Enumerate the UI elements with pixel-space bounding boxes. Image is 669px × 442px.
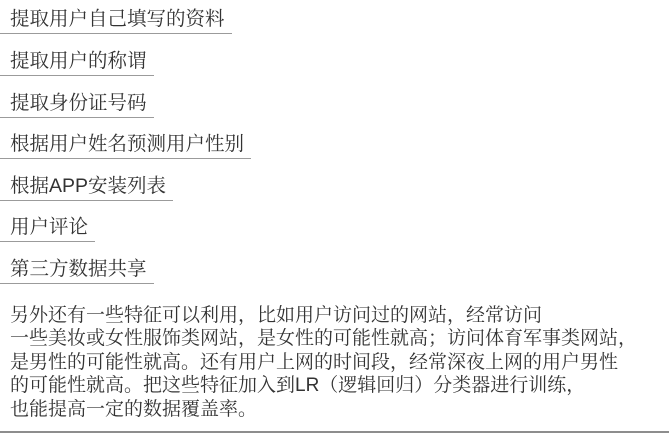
bottom-divider xyxy=(0,431,669,433)
paragraph-line: 一些美妆或女性服饰类网站，是女性的可能性就高；访问体育军事类网站， xyxy=(10,327,637,350)
paragraph-line: 另外还有一些特征可以利用，比如用户访问过的网站，经常访问 xyxy=(10,304,637,327)
list-item: 根据APP安装列表 xyxy=(0,175,173,201)
list-item-label: 根据APP安装列表 xyxy=(10,175,166,197)
body-paragraph: 另外还有一些特征可以利用，比如用户访问过的网站，经常访问 一些美妆或女性服饰类网… xyxy=(10,304,637,421)
list-item: 根据用户姓名预测用户性别 xyxy=(0,133,251,159)
list-item-label: 提取用户的称谓 xyxy=(10,50,147,72)
list-item-label: 第三方数据共享 xyxy=(10,258,147,280)
paragraph-line: 的可能性就高。把这些特征加入到LR（逻辑回归）分类器进行训练， xyxy=(10,374,637,397)
list-item-label: 提取身份证号码 xyxy=(10,92,147,114)
paragraph-line: 是男性的可能性就高。还有用户上网的时间段，经常深夜上网的用户男性 xyxy=(10,351,637,374)
list-item: 第三方数据共享 xyxy=(0,258,154,284)
list-item: 提取用户的称谓 xyxy=(0,50,154,76)
list-item: 提取身份证号码 xyxy=(0,92,154,118)
document-page: 提取用户自己填写的资料 提取用户的称谓 提取身份证号码 根据用户姓名预测用户性别… xyxy=(0,0,669,442)
list-item: 提取用户自己填写的资料 xyxy=(0,8,232,34)
list-item-label: 提取用户自己填写的资料 xyxy=(10,8,225,30)
list-item-label: 用户评论 xyxy=(10,216,88,238)
list-item: 用户评论 xyxy=(0,216,95,242)
paragraph-line: 也能提高一定的数据覆盖率。 xyxy=(10,398,637,421)
list-item-label: 根据用户姓名预测用户性别 xyxy=(10,133,244,155)
